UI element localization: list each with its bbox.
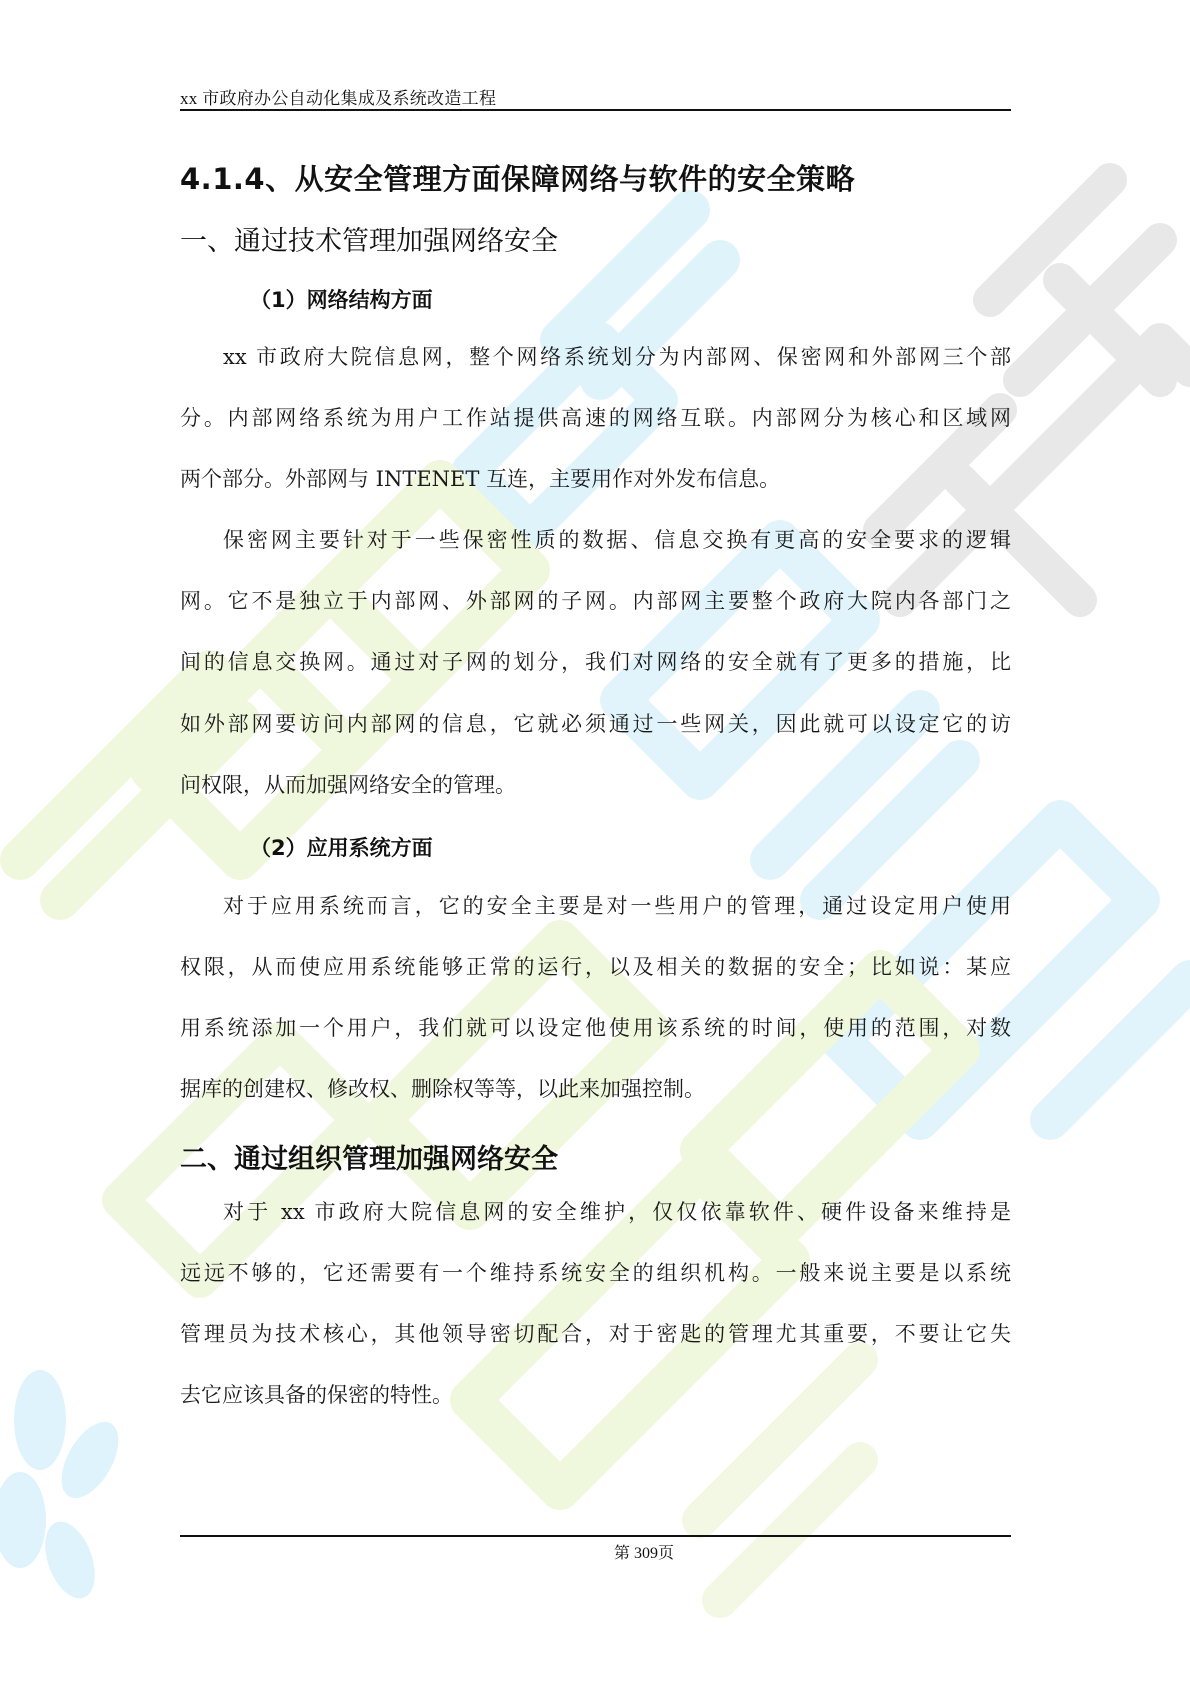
paragraph-line: 据库的创建权、修改权、删除权等等，以此来加强控制。 [180, 1077, 1011, 1101]
paragraph-line: 保密网主要针对于一些保密性质的数据、信息交换有更高的安全要求的逻辑 [223, 528, 1011, 552]
footer-divider [180, 1535, 1011, 1537]
paragraph-line: 去它应该具备的保密的特性。 [180, 1383, 1011, 1407]
paragraph-line: 网。它不是独立于内部网、外部网的子网。内部网主要整个政府大院内各部门之 [180, 589, 1011, 613]
document-page: xx 市政府办公自动化集成及系统改造工程 4.1.4、从安全管理方面保障网络与软… [0, 0, 1190, 1684]
header-divider [180, 109, 1011, 111]
paragraph-line: 权限，从而使应用系统能够正常的运行，以及相关的数据的安全；比如说：某应 [180, 955, 1011, 979]
page-number: 第 309页 [0, 1540, 1190, 1563]
heading-technical-management: 一、通过技术管理加强网络安全 [180, 219, 558, 258]
paragraph-line: xx 市政府大院信息网，整个网络系统划分为内部网、保密网和外部网三个部 [223, 345, 1011, 369]
section-title: 4.1.4、从安全管理方面保障网络与软件的安全策略 [180, 157, 855, 198]
subheading-application-system: （2）应用系统方面 [250, 832, 433, 862]
paragraph-line: 用系统添加一个用户，我们就可以设定他使用该系统的时间，使用的范围，对数 [180, 1016, 1011, 1040]
paragraph-line: 对于应用系统而言，它的安全主要是对一些用户的管理，通过设定用户使用 [223, 894, 1011, 918]
subheading-network-structure: （1）网络结构方面 [250, 284, 433, 314]
paragraph-line: 管理员为技术核心，其他领导密切配合，对于密匙的管理尤其重要，不要让它失 [180, 1322, 1011, 1346]
heading-organizational-management: 二、通过组织管理加强网络安全 [180, 1137, 558, 1176]
paragraph-line: 对于 xx 市政府大院信息网的安全维护，仅仅依靠软件、硬件设备来维持是 [223, 1200, 1011, 1224]
paragraph-line: 如外部网要访问内部网的信息，它就必须通过一些网关，因此就可以设定它的访 [180, 712, 1011, 736]
paragraph-line: 问权限，从而加强网络安全的管理。 [180, 773, 1011, 797]
paragraph-line: 分。内部网络系统为用户工作站提供高速的网络互联。内部网分为核心和区域网 [180, 406, 1011, 430]
running-header: xx 市政府办公自动化集成及系统改造工程 [180, 84, 496, 109]
paragraph-line: 间的信息交换网。通过对子网的划分，我们对网络的安全就有了更多的措施，比 [180, 650, 1011, 674]
paragraph-line: 两个部分。外部网与 INTENET 互连，主要用作对外发布信息。 [180, 467, 1011, 491]
paragraph-line: 远远不够的，它还需要有一个维持系统安全的组织机构。一般来说主要是以系统 [180, 1261, 1011, 1285]
